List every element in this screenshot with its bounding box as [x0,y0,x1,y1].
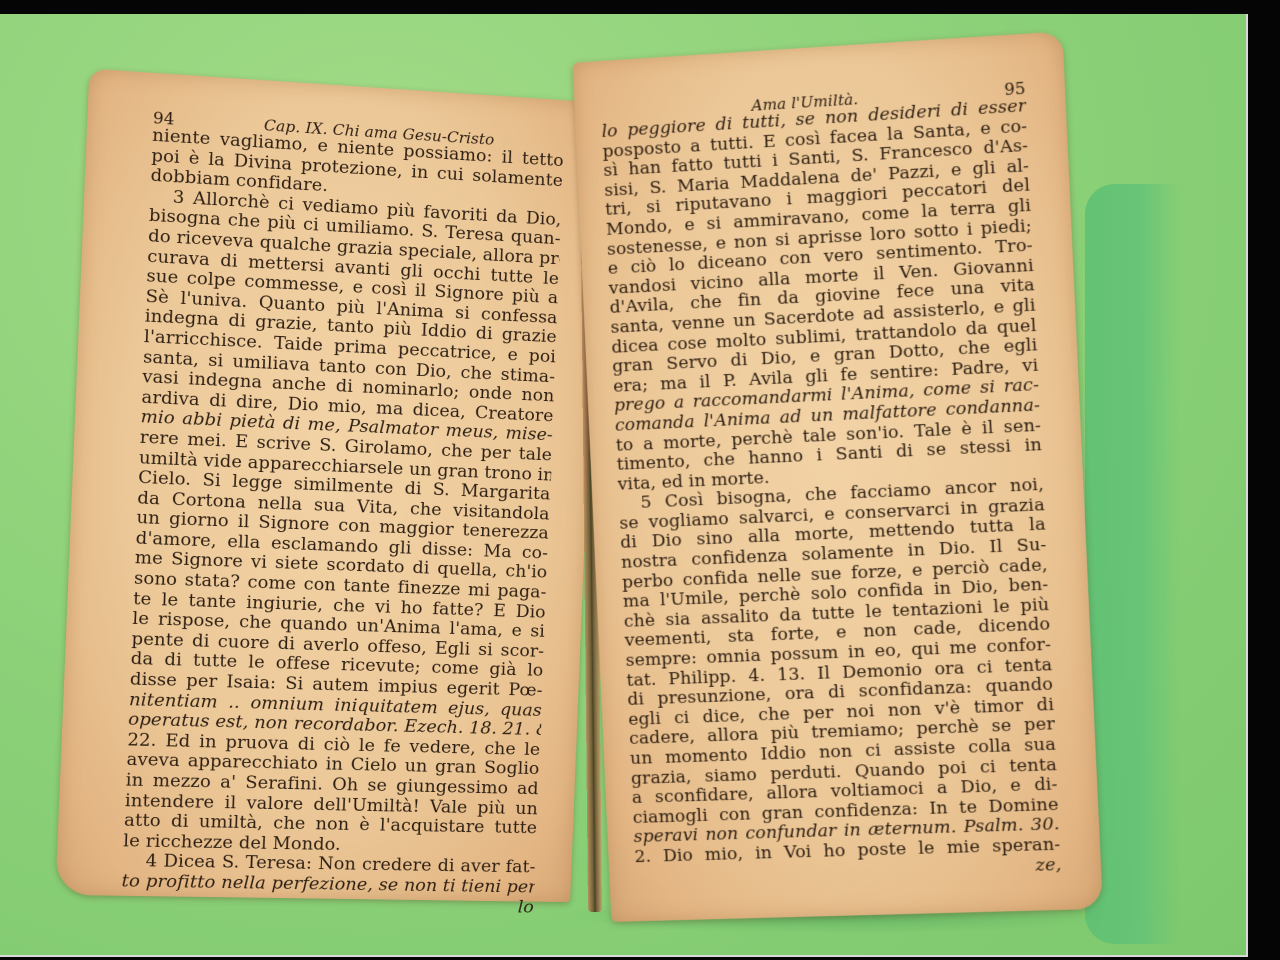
right-page-lines: lo peggiore di tutti, se non desideri di… [601,97,1062,887]
right-page-text: Ama l'Umiltà. 95 lo peggiore di tutti, s… [600,79,1061,888]
left-page: 94 Cap. IX. Chi ama Gesu-Cristo niente v… [55,69,602,903]
photo-frame: 94 Cap. IX. Chi ama Gesu-Cristo niente v… [0,14,1248,957]
left-page-text: 94 Cap. IX. Chi ama Gesu-Cristo niente v… [120,108,564,918]
left-page-lines: niente vagliamo, e niente possiamo: il t… [120,126,564,918]
right-page: Ama l'Umiltà. 95 lo peggiore di tutti, s… [573,31,1103,922]
open-book: 94 Cap. IX. Chi ama Gesu-Cristo niente v… [0,14,1246,955]
